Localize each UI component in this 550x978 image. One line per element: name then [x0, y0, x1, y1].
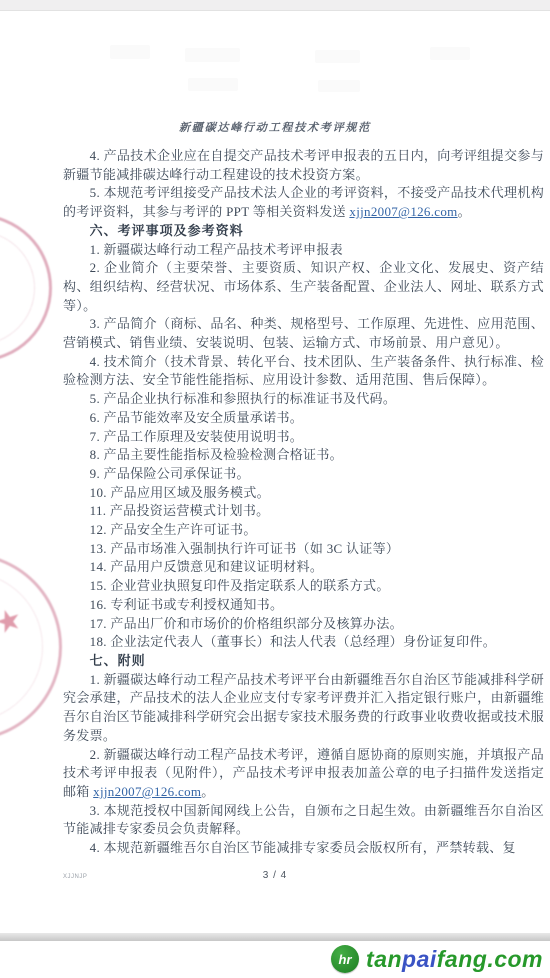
page-top-edge [0, 0, 550, 11]
paragraph: 9. 产品保险公司承保证书。 [63, 465, 544, 484]
bleed-through-mark [188, 78, 238, 91]
paragraph: 17. 产品出厂价和市场价的价格组织部分及核算办法。 [63, 615, 544, 634]
paragraph: 12. 产品安全生产许可证书。 [63, 521, 544, 540]
email-link[interactable]: xjjn2007@126.com [349, 204, 457, 219]
site-name-part: tan [366, 946, 402, 972]
paragraph: 16. 专利证书或专利授权通知书。 [63, 596, 544, 615]
bleed-through-mark [315, 50, 360, 63]
paragraph: 1. 新疆碳达峰行动工程产品技术考评平台由新疆维吾尔自治区节能减排科学研究会承建… [63, 671, 544, 746]
text-segment: 5. 产品企业执行标准和参照执行的标准证书及代码。 [90, 391, 397, 406]
text-segment: 15. 企业营业执照复印件及指定联系人的联系方式。 [90, 578, 390, 593]
tanpaifang-watermark[interactable]: hr tanpaifang.com [331, 944, 543, 974]
paragraph: 14. 产品用户反馈意见和建议证明材料。 [63, 558, 544, 577]
text-segment: 13. 产品市场准入强制执行许可证书（如 3C 认证等） [90, 541, 400, 556]
text-segment: 。 [458, 204, 471, 219]
text-segment: 17. 产品出厂价和市场价的价格组织部分及核算办法。 [90, 616, 403, 631]
bleed-through-mark [430, 47, 470, 60]
paragraph: 6. 产品节能效率及安全质量承诺书。 [63, 409, 544, 428]
document-header-title: 新疆碳达峰行动工程技术考评规范 [0, 119, 550, 135]
text-segment: 7. 产品工作原理及安装使用说明书。 [90, 429, 303, 444]
text-segment: 12. 产品安全生产许可证书。 [90, 522, 257, 537]
text-segment: 1. 新疆碳达峰行动工程产品技术考评申报表 [90, 242, 343, 257]
paragraph: 2. 新疆碳达峰行动工程产品技术考评，遵循自愿协商的原则实施，并填报产品技术考评… [63, 746, 544, 802]
text-segment: 6. 产品节能效率及安全质量承诺书。 [90, 410, 303, 425]
text-segment: 16. 专利证书或专利授权通知书。 [90, 597, 284, 612]
text-segment: 1. 新疆碳达峰行动工程产品技术考评平台由新疆维吾尔自治区节能减排科学研究会承建… [63, 672, 544, 743]
text-segment: 4. 产品技术企业应在自提交产品技术考评申报表的五日内，向考评组提交参与新疆节能… [63, 148, 544, 182]
red-seal-stamp-upper [0, 214, 52, 362]
paragraph: 1. 新疆碳达峰行动工程产品技术考评申报表 [63, 241, 544, 260]
text-segment: 。 [201, 784, 214, 799]
text-segment: 4. 技术简介（技术背景、转化平台、技术团队、生产装备条件、执行标准、检验检测方… [63, 354, 544, 388]
bleed-through-mark [318, 80, 360, 92]
site-name-part: fang.com [437, 946, 543, 972]
text-segment: 8. 产品主要性能指标及检验检测合格证书。 [90, 447, 343, 462]
red-seal-stamp-lower [0, 553, 62, 741]
document-content: 4. 产品技术企业应在自提交产品技术考评申报表的五日内，向考评组提交参与新疆节能… [63, 147, 544, 858]
section-heading: 六、考评事项及参考资料 [63, 222, 544, 241]
section-heading: 七、附则 [63, 652, 544, 671]
seal-star-icon [0, 601, 27, 643]
paragraph: 18. 企业法定代表人（董事长）和法人代表（总经理）身份证复印件。 [63, 633, 544, 652]
paragraph: 2. 企业简介（主要荣誉、主要资质、知识产权、企业文化、发展史、资产结构、组织结… [63, 259, 544, 315]
text-segment: 3. 产品简介（商标、品名、种类、规格型号、工作原理、先进性、应用范围、营销模式… [63, 316, 544, 350]
bleed-through-mark [110, 45, 150, 59]
paragraph: 10. 产品应用区域及服务模式。 [63, 484, 544, 503]
paragraph: 15. 企业营业执照复印件及指定联系人的联系方式。 [63, 577, 544, 596]
text-segment: 3. 本规范授权中国新闻网线上公告，自颁布之日起生效。由新疆维吾尔自治区节能减排… [63, 803, 544, 837]
paragraph: 11. 产品投资运营模式计划书。 [63, 502, 544, 521]
paragraph: 5. 产品企业执行标准和参照执行的标准证书及代码。 [63, 390, 544, 409]
paragraph: 4. 本规范新疆维吾尔自治区节能减排专家委员会版权所有，严禁转载、复 [63, 839, 544, 858]
paragraph: 3. 本规范授权中国新闻网线上公告，自颁布之日起生效。由新疆维吾尔自治区节能减排… [63, 802, 544, 839]
text-segment: 5. 本规范考评组接受产品技术法人企业的考评资料，不接受产品技术代理机构的考评资… [63, 185, 544, 219]
page-bottom-edge [0, 933, 550, 941]
paragraph: 8. 产品主要性能指标及检验检测合格证书。 [63, 446, 544, 465]
text-segment: 七、附则 [90, 653, 146, 668]
text-segment: 六、考评事项及参考资料 [90, 223, 244, 238]
text-segment: 9. 产品保险公司承保证书。 [90, 466, 250, 481]
paragraph: 7. 产品工作原理及安装使用说明书。 [63, 428, 544, 447]
paragraph: 5. 本规范考评组接受产品技术法人企业的考评资料，不接受产品技术代理机构的考评资… [63, 184, 544, 221]
text-segment: 10. 产品应用区域及服务模式。 [90, 485, 270, 500]
bleed-through-mark [185, 48, 240, 62]
text-segment: 2. 企业简介（主要荣誉、主要资质、知识产权、企业文化、发展史、资产结构、组织结… [63, 260, 544, 312]
tanpaifang-logo-icon: hr [331, 945, 359, 973]
text-segment: 14. 产品用户反馈意见和建议证明材料。 [90, 559, 324, 574]
page-number: 3 / 4 [0, 870, 550, 881]
paragraph: 13. 产品市场准入强制执行许可证书（如 3C 认证等） [63, 540, 544, 559]
paragraph: 4. 技术简介（技术背景、转化平台、技术团队、生产装备条件、执行标准、检验检测方… [63, 353, 544, 390]
text-segment: 11. 产品投资运营模式计划书。 [90, 503, 270, 518]
text-segment: 18. 企业法定代表人（董事长）和法人代表（总经理）身份证复印件。 [90, 634, 496, 649]
watermark-site-name: tanpaifang.com [366, 946, 543, 973]
logo-glyph: hr [339, 952, 352, 967]
paragraph: 4. 产品技术企业应在自提交产品技术考评申报表的五日内，向考评组提交参与新疆节能… [63, 147, 544, 184]
text-segment: 4. 本规范新疆维吾尔自治区节能减排专家委员会版权所有，严禁转载、复 [90, 840, 516, 855]
site-name-part: pai [402, 946, 437, 972]
paragraph: 3. 产品简介（商标、品名、种类、规格型号、工作原理、先进性、应用范围、营销模式… [63, 315, 544, 352]
email-link[interactable]: xjjn2007@126.com [93, 784, 201, 799]
